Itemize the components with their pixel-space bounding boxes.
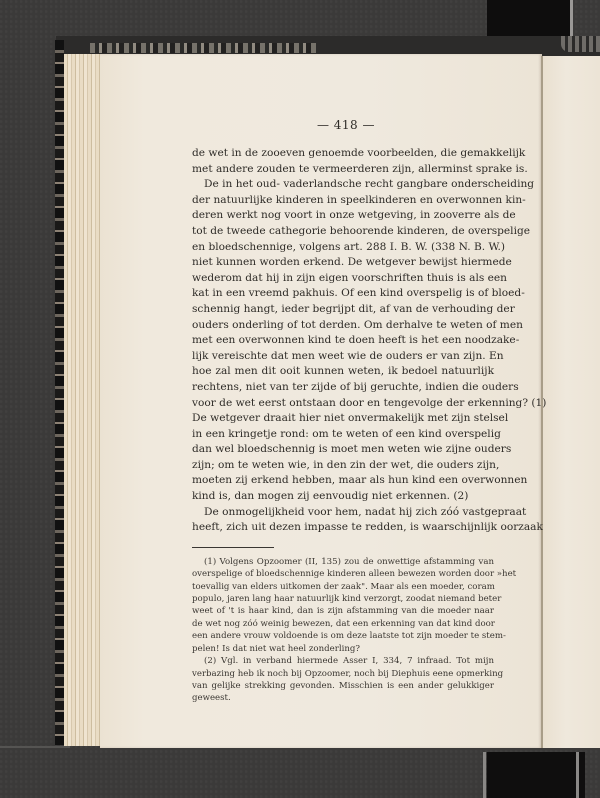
- body-line: kat in een vreemd pakhuis. Of een kind o…: [192, 286, 494, 302]
- body-line: kind is, dan mogen zij eenvoudig niet er…: [192, 489, 494, 505]
- body-line: hoe zal men dit ooit kunnen weten, ik be…: [192, 364, 494, 380]
- body-text: de wet in de zooeven genoemde voorbeelde…: [192, 146, 494, 536]
- footnote-line: overspelige of bloedschennige kinderen a…: [192, 568, 494, 580]
- body-line: lijk vereischte dat men weet wie de oude…: [192, 349, 494, 365]
- torn-headband: [561, 36, 600, 52]
- page-number: — 418 —: [192, 118, 494, 132]
- edge-strip: [576, 752, 579, 798]
- footnote-line: een andere vrouw voldoende is om deze la…: [192, 630, 494, 642]
- body-line: heeft, zich uit dezen impasse te redden,…: [192, 520, 494, 536]
- body-line: moeten zij erkend hebben, maar als hun k…: [192, 473, 494, 489]
- dark-gap-bottom: [487, 752, 585, 798]
- footnote-divider: [192, 547, 274, 548]
- footnotes: (1) Volgens Opzoomer (II, 135) zou de on…: [192, 556, 494, 705]
- body-line: dan wel bloedschennig is moet men weten …: [192, 442, 494, 458]
- body-line: voor de wet eerst ontstaan door en tenge…: [192, 396, 494, 412]
- right-page-sliver: [543, 56, 600, 748]
- body-line: en bloedschennige, volgens art. 288 I. B…: [192, 240, 494, 256]
- edge-strip: [483, 752, 486, 798]
- footnote-line: de wet nog zóó weinig bewezen, dat een e…: [192, 618, 494, 630]
- footnote-line: van gelijke strekking gevonden. Misschie…: [192, 680, 494, 692]
- body-line: zijn; om te weten wie, in den zin der we…: [192, 458, 494, 474]
- body-line: tot de tweede cathegorie behoorende kind…: [192, 224, 494, 240]
- body-line: met andere zouden te vermeerderen zijn, …: [192, 162, 494, 178]
- body-line: rechtens, niet van ter zijde of bij geru…: [192, 380, 494, 396]
- edge-strip: [570, 0, 573, 40]
- body-line: De in het oud- vaderlandsche recht gangb…: [192, 177, 494, 193]
- body-line: De onmogelijkheid voor hem, nadat hij zi…: [192, 505, 494, 521]
- book-cover-left-edge: [55, 40, 64, 745]
- footnote-line: (2) Vgl. in verband hiermede Asser I, 33…: [192, 655, 494, 667]
- footnote-line: (1) Volgens Opzoomer (II, 135) zou de on…: [192, 556, 494, 568]
- body-line: in een kringetje rond: om te weten of ee…: [192, 427, 494, 443]
- footnote-line: verbazing heb ik noch bij Opzoomer, noch…: [192, 668, 494, 680]
- scanner-edge-line: [0, 746, 70, 748]
- body-line: De wetgever draait hier niet onvermakeli…: [192, 411, 494, 427]
- footnote-line: weet of 't is haar kind, dan is zijn afs…: [192, 605, 494, 617]
- footnote-line: toevallig van elders uitkomen der zaak".…: [192, 581, 494, 593]
- body-line: der natuurlijke kinderen in speelkindere…: [192, 193, 494, 209]
- footnote-line: populo, jaren lang haar natuurlijk kind …: [192, 593, 494, 605]
- body-line: schennig hangt, ieder begrijpt dit, af v…: [192, 302, 494, 318]
- body-line: wederom dat hij in zijn eigen voorschrif…: [192, 271, 494, 287]
- footnote-line: geweest.: [192, 692, 494, 704]
- body-line: met een overwonnen kind te doen heeft is…: [192, 333, 494, 349]
- body-line: ouders onderling of tot derden. Om derha…: [192, 318, 494, 334]
- page-content: — 418 — de wet in de zooeven genoemde vo…: [192, 118, 494, 705]
- body-line: de wet in de zooeven genoemde voorbeelde…: [192, 146, 494, 162]
- book-cover-top-edge: [56, 36, 600, 56]
- footnote-line: pelen! Is dat niet wat heel zonderling?: [192, 643, 494, 655]
- body-line: niet kunnen worden erkend. De wetgever b…: [192, 255, 494, 271]
- marbled-binding: [90, 43, 316, 53]
- body-line: deren werkt nog voort in onze wetgeving,…: [192, 208, 494, 224]
